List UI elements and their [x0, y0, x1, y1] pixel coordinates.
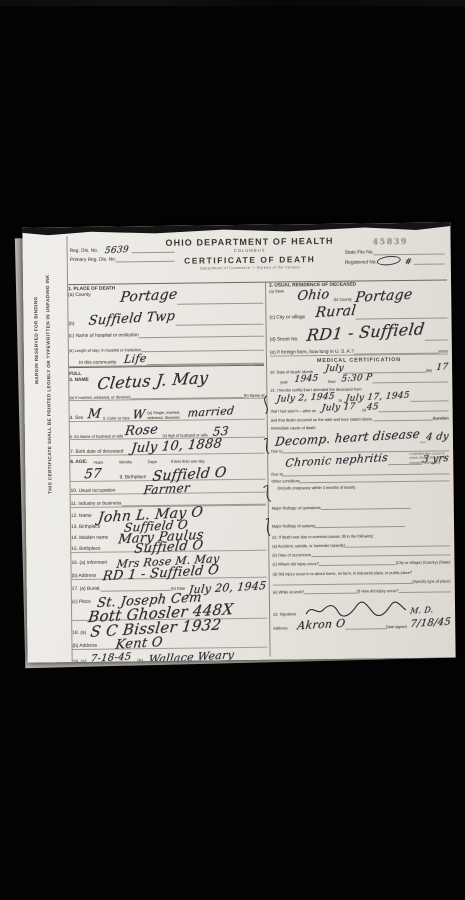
- spouse-label: 6. (b) Name of husband or wife: [70, 433, 123, 439]
- name-sub-a-label: (a) If married, widowed, or divorced: [69, 394, 130, 400]
- birth-date-label: 7. Birth date of deceased: [70, 449, 123, 455]
- form-header: Reg. Dis. No. 5639 Primary Reg. Dis. No.…: [67, 233, 447, 285]
- death-certificate-document: MARGIN RESERVED FOR BINDING THIS CERTIFI…: [22, 222, 455, 662]
- form-body: 1. PLACE OF DEATH (a) County Portage (b)…: [68, 279, 452, 659]
- death-day-value: 17: [436, 363, 449, 373]
- full-name-label: 3. NAME: [69, 378, 89, 383]
- registered-no-value: #: [404, 258, 412, 266]
- county-label: (a) County: [68, 293, 90, 298]
- underline-cause-note: Underline the cause to which death shoul…: [409, 451, 449, 465]
- marital-value: married: [187, 405, 235, 419]
- mother-birthplace-label: 15. Birthplace: [71, 547, 100, 552]
- occupation-label: 10. Usual occupation: [71, 489, 116, 495]
- margin-note-unfading-ink: THIS CERTIFICATE SHALL BE PRINTED LEGIBL…: [45, 274, 53, 494]
- spouse-name-value: Rose: [125, 423, 160, 438]
- registered-no-label: Registered No.: [345, 260, 377, 265]
- foreign-born-label: (e) If foreign born, how long in U. S. A…: [270, 350, 354, 356]
- physician-address-label: Address: [273, 625, 287, 630]
- medical-column: 2. USUAL RESIDENCE OF DECEASED (a) State…: [266, 279, 452, 656]
- funeral-director-address-label: (b) Address: [72, 644, 97, 649]
- marital-label: (a) Single, married, widowed, divorced: [147, 411, 187, 420]
- industry-label: 11. Industry or business: [71, 501, 122, 507]
- birth-date-value: July 10, 1888: [131, 437, 223, 455]
- margin-note-binding: MARGIN RESERVED FOR BINDING: [33, 296, 39, 384]
- date-signed-value: 7/18/45: [410, 617, 452, 629]
- age-years-value: 57: [84, 467, 103, 481]
- residence-state-label: (a) State: [269, 288, 284, 293]
- foreign-born-unit: years: [438, 348, 448, 353]
- blank-line: [354, 352, 439, 355]
- microfilm-viewer-background: MARGIN RESERVED FOR BINDING THIS CERTIFI…: [0, 0, 465, 900]
- sex-label: 4. Sex: [70, 416, 84, 421]
- informant-address-label: (b) Address: [72, 574, 97, 579]
- date-signed-label: Date signed: [386, 624, 407, 629]
- film-edge-noise: [0, 0, 465, 6]
- place-of-death-heading: 1. PLACE OF DEATH: [68, 287, 115, 293]
- department-title: OHIO DEPARTMENT OF HEALTH: [162, 236, 336, 248]
- community-value: Life: [124, 353, 148, 365]
- blank-line: [414, 262, 445, 264]
- community-label: In this community: [79, 360, 116, 365]
- birthplace-label: 9. Birthplace: [120, 475, 147, 480]
- sex-value: M: [86, 407, 101, 421]
- personal-column: 1. PLACE OF DEATH (a) County Portage (b)…: [68, 282, 271, 659]
- full-name-label-top: FULL: [69, 372, 81, 377]
- registrar-scribble-oval: [376, 255, 401, 267]
- certificate-title: CERTIFICATE OF DEATH: [163, 253, 337, 265]
- last-saw-year-value: 45: [366, 403, 379, 413]
- certificate-subtitle: Department of Commerce — Bureau of the C…: [163, 264, 337, 270]
- physician-address-value: Akron O: [297, 618, 346, 632]
- race-label: 5. Color or race: [103, 415, 130, 420]
- header-right: 45839 State File No. Registered No. #: [344, 235, 444, 265]
- blank-line: [346, 627, 386, 629]
- primary-reg-dis-label: Primary Reg. Dis. No.: [70, 257, 116, 263]
- certificate-form: Reg. Dis. No. 5639 Primary Reg. Dis. No.…: [67, 233, 451, 659]
- residence-city-value: Rural: [314, 304, 356, 320]
- date-received-value: 7-18-45: [90, 652, 132, 662]
- race-value: W: [132, 408, 146, 421]
- header-titles: OHIO DEPARTMENT OF HEALTH COLUMBUS CERTI…: [162, 236, 336, 271]
- county-value: Portage: [119, 287, 178, 304]
- residence-state-value: Ohio: [296, 288, 330, 303]
- binding-margin: MARGIN RESERVED FOR BINDING THIS CERTIFI…: [22, 236, 72, 663]
- header-left: Reg. Dis. No. 5639 Primary Reg. Dis. No.: [70, 243, 175, 263]
